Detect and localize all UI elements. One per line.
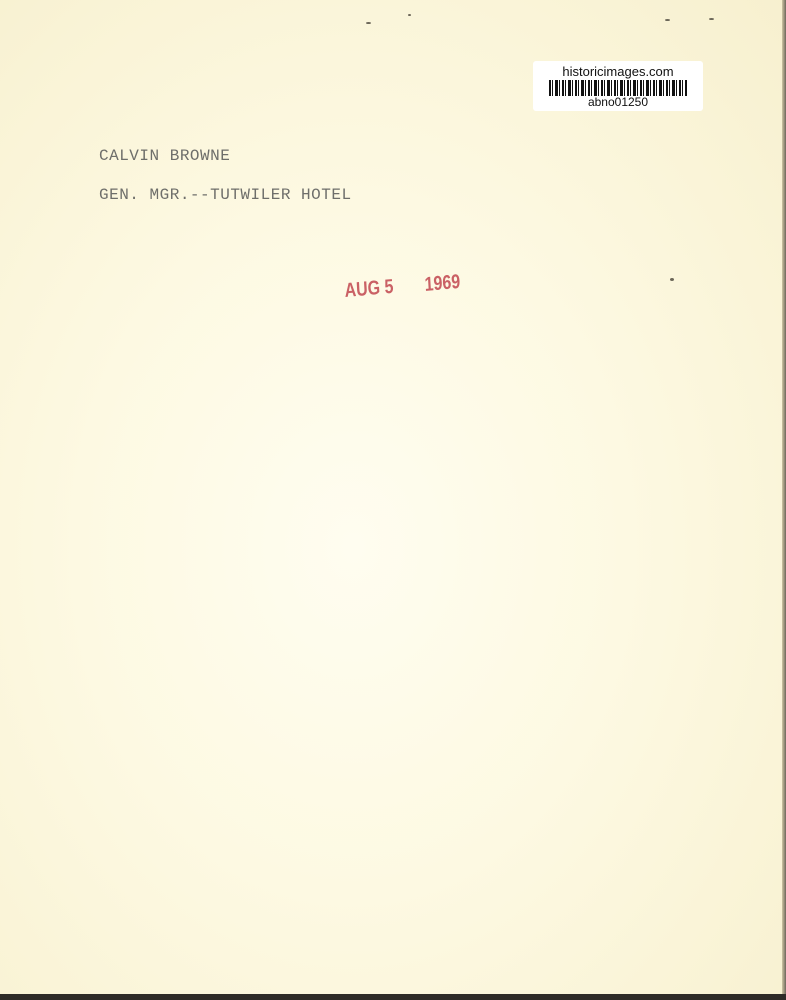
speck [665,19,670,21]
speck [670,278,674,281]
label-code: abno01250 [533,96,703,109]
typed-title: GEN. MGR.--TUTWILER HOTEL [99,186,352,204]
speck [709,18,714,20]
typed-name: CALVIN BROWNE [99,147,230,165]
speck [366,22,371,24]
photo-back-paper: historicimages.com abno01250 CALVIN BROW… [0,0,784,994]
paper-edge-bottom [0,994,786,1000]
barcode-icon [549,80,687,96]
label-site: historicimages.com [533,64,703,79]
archive-label: historicimages.com abno01250 [533,61,703,111]
speck [408,14,411,16]
paper-edge-right [782,0,786,1000]
date-stamp-month-day: AUG 5 [344,276,394,303]
date-stamp-year: 1969 [424,271,461,297]
